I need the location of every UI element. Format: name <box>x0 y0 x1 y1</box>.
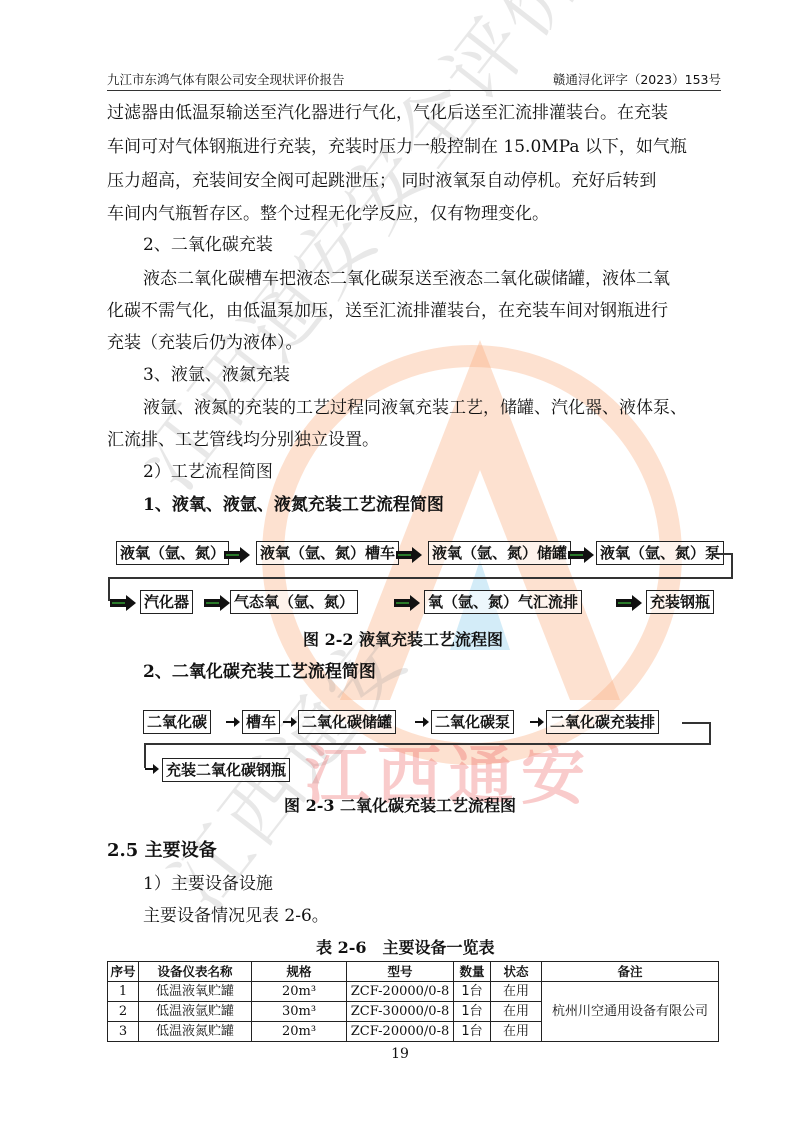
cell: 低温液氩贮罐 <box>139 1002 252 1022</box>
col-header: 型号 <box>347 962 454 982</box>
table-caption: 表 2-6 主要设备一览表 <box>316 935 494 958</box>
body-text-line: 汇流排、工艺管线均分别独立设置。 <box>107 427 379 453</box>
arrow-right-icon <box>226 716 240 728</box>
cell: 在用 <box>491 1022 542 1042</box>
flow1-title: 1、液氧、液氩、液氮充装工艺流程简图 <box>143 492 444 518</box>
arrow-right-icon <box>396 547 422 563</box>
flow1-box-tanker: 液氧（氩、氮）槽车 <box>256 541 399 565</box>
cell: 1 <box>108 982 139 1002</box>
flow2-connector <box>682 722 710 724</box>
figure-caption-2-3: 图 2-3 二氧化碳充装工艺流程图 <box>284 793 516 816</box>
flow1-box-cylinders: 充装钢瓶 <box>646 590 714 614</box>
body-text-line: 液态二氧化碳槽车把液态二氧化碳泵送至液态二氧化碳储罐，液体二氧 <box>143 266 670 292</box>
flow2-title: 2、二氧化碳充装工艺流程简图 <box>143 659 376 685</box>
header-report-number: 赣通浔化评字（2023）153号 <box>553 70 721 88</box>
cell: 在用 <box>491 1002 542 1022</box>
cell: 低温液氧贮罐 <box>139 982 252 1002</box>
arrow-right-icon <box>616 595 642 611</box>
cell: 1台 <box>454 1022 491 1042</box>
section-title: 2.5 主要设备 <box>107 838 217 864</box>
cell: 3 <box>108 1022 139 1042</box>
flow2-connector <box>709 722 711 744</box>
table-row: 1 低温液氧贮罐 20m³ ZCF-20000/0-8 1台 在用 杭州川空通用… <box>108 982 719 1002</box>
arrow-right-icon <box>568 547 594 563</box>
cell: ZCF-20000/0-8 <box>347 982 454 1002</box>
page-number: 19 <box>391 1046 409 1062</box>
body-text-line: 车间内气瓶暂存区。整个过程无化学反应，仅有物理变化。 <box>107 201 549 227</box>
cell: 20m³ <box>252 1022 347 1042</box>
cell: 1台 <box>454 982 491 1002</box>
header-report-title: 九江市东鸿气体有限公司安全现状评价报告 <box>107 70 345 88</box>
table-header-row: 序号 设备仪表名称 规格 型号 数量 状态 备注 <box>108 962 719 982</box>
flow2-box-co2: 二氧化碳 <box>143 710 211 734</box>
body-text-line: 压力超高，充装间安全阀可起跳泄压； 同时液氧泵自动停机。充好后转到 <box>107 168 656 194</box>
arrow-right-icon <box>530 716 544 728</box>
cell: 20m³ <box>252 982 347 1002</box>
cell: 2 <box>108 1002 139 1022</box>
flow1-box-manifold: 氧（氩、氮）气汇流排 <box>424 590 582 614</box>
col-header: 规格 <box>252 962 347 982</box>
cell-remark: 杭州川空通用设备有限公司 <box>542 982 719 1042</box>
flow1-connector <box>108 577 733 579</box>
arrow-right-icon <box>283 716 297 728</box>
flow2-connector <box>144 743 711 745</box>
flow1-box-pump: 液氧（氩、氮）泵 <box>596 541 724 565</box>
flow2-box-storage-tank: 二氧化碳储罐 <box>298 710 396 734</box>
body-text-line: 液氩、液氮的充装的工艺过程同液氧充装工艺，储罐、汽化器、液体泵、 <box>143 395 687 421</box>
cell: 1台 <box>454 1002 491 1022</box>
body-text-line: 主要设备情况见表 2-6。 <box>143 903 329 929</box>
figure-caption-2-2: 图 2-2 液氧充装工艺流程图 <box>303 627 503 650</box>
document-page: 江西通安安全评价 江西通安 江西通安 九江市东鸿气体有限公司安全现状评价报告 赣… <box>0 0 800 1131</box>
body-text-line: 车间可对气体钢瓶进行充装，充装时压力一般控制在 15.0MPa 以下，如气瓶 <box>107 134 687 160</box>
subsection-title: 1）主要设备设施 <box>143 871 273 897</box>
flow1-box-vaporizer: 汽化器 <box>140 590 193 614</box>
body-text-line: 充装（充装后仍为液体）。 <box>107 330 303 356</box>
cell: 低温液氮贮罐 <box>139 1022 252 1042</box>
flow1-box-gaseous: 气态氧（氩、氮） <box>230 590 358 614</box>
subheading-ar-n2: 3、液氩、液氮充装 <box>143 362 290 388</box>
flow2-box-filling-manifold: 二氧化碳充装排 <box>546 710 659 734</box>
page-header: 九江市东鸿气体有限公司安全现状评价报告 赣通浔化评字（2023）153号 <box>107 68 721 91</box>
flow2-box-cylinders: 充装二氧化碳钢瓶 <box>162 758 290 782</box>
cell: ZCF-20000/0-8 <box>347 1022 454 1042</box>
body-text-line: 化碳不需气化，由低温泵加压，送至汇流排灌装台，在充装车间对钢瓶进行 <box>107 298 668 324</box>
cell: 在用 <box>491 982 542 1002</box>
flow1-box-source: 液氧（氩、氮） <box>116 541 229 565</box>
flow1-connector <box>731 553 733 577</box>
arrow-right-icon <box>394 595 420 611</box>
cell: 30m³ <box>252 1002 347 1022</box>
arrow-right-icon <box>145 763 159 775</box>
arrow-right-icon <box>204 595 230 611</box>
col-header: 数量 <box>454 962 491 982</box>
col-header: 序号 <box>108 962 139 982</box>
arrow-right-icon <box>224 547 250 563</box>
arrow-right-icon <box>110 595 136 611</box>
subheading-flow: 2）工艺流程简图 <box>143 459 273 485</box>
flow2-box-pump: 二氧化碳泵 <box>431 710 514 734</box>
col-header: 设备仪表名称 <box>139 962 252 982</box>
body-text-line: 过滤器由低温泵输送至汽化器进行气化，气化后送至汇流排灌装台。在充装 <box>107 100 668 126</box>
equipment-table: 序号 设备仪表名称 规格 型号 数量 状态 备注 1 低温液氧贮罐 20m³ Z… <box>107 961 719 1042</box>
col-header: 备注 <box>542 962 719 982</box>
flow1-connector <box>712 553 732 555</box>
arrow-right-icon <box>415 716 429 728</box>
col-header: 状态 <box>491 962 542 982</box>
subheading-co2: 2、二氧化碳充装 <box>143 232 273 258</box>
flow1-box-storage-tank: 液氧（氩、氮）储罐 <box>428 541 571 565</box>
flow2-box-tanker: 槽车 <box>242 710 280 734</box>
cell: ZCF-30000/0-8 <box>347 1002 454 1022</box>
